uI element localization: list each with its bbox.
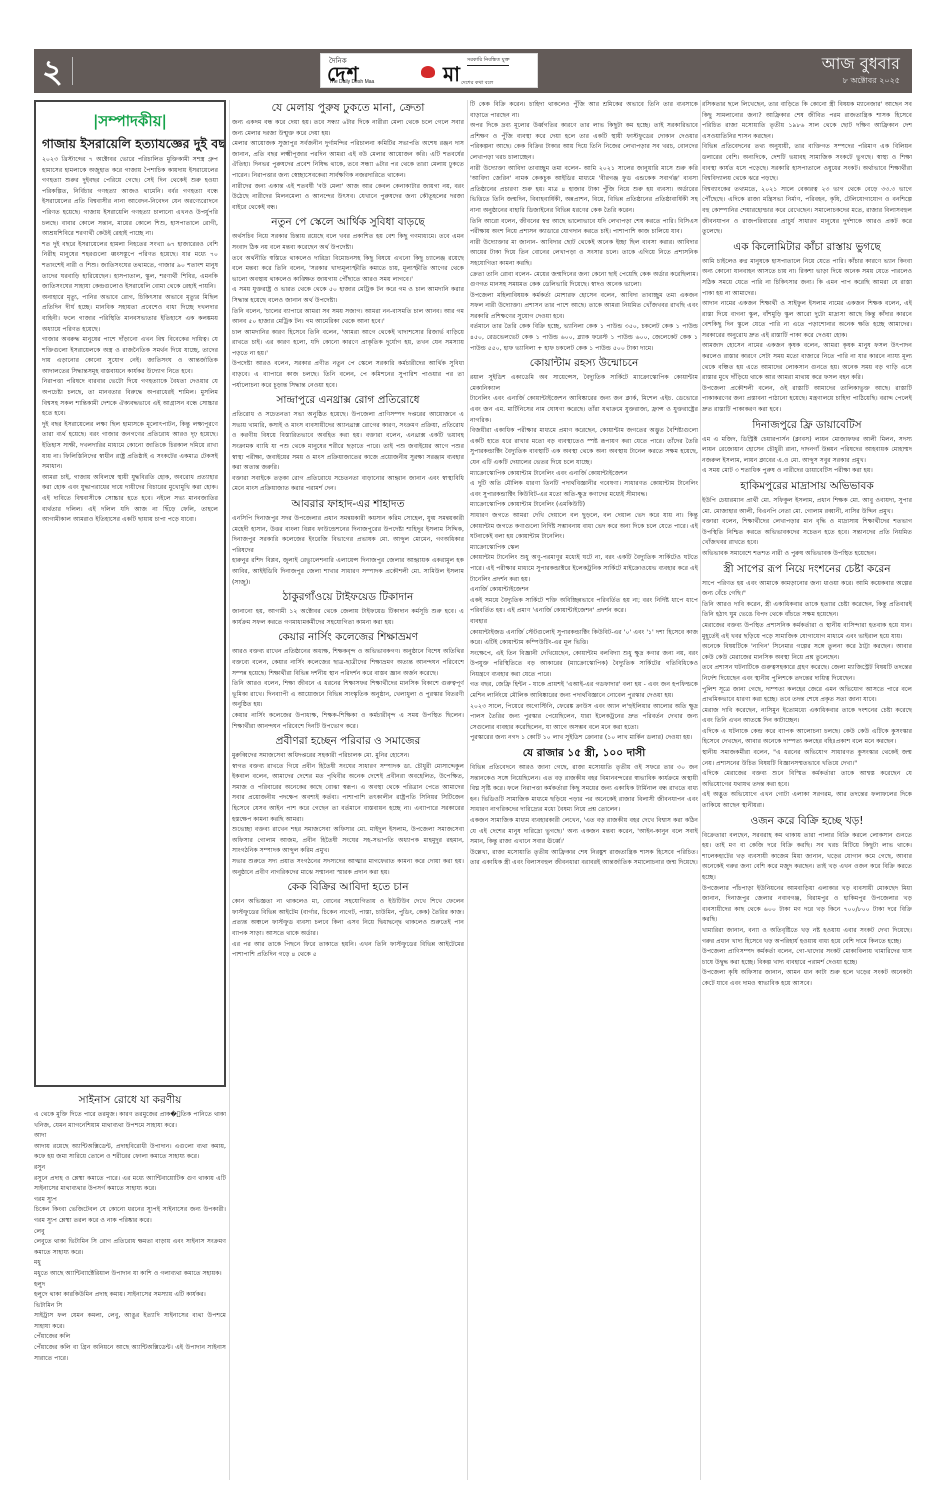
paragraph: রসিকতার ছলে লিখেছেন, তার বাড়িতে কি কোনো… [702, 100, 912, 142]
paragraph: সাপে পরিণত হয় এবং আমাকে কামড়ানোর জন্য … [702, 579, 912, 600]
subheading: মধু [34, 1258, 226, 1269]
paragraph: লেবুতে থাকা ভিটামিন সি রোগ প্রতিরোধ ক্ষম… [34, 1237, 226, 1258]
paragraph: চাল আমদানির কারণ হিসেবে তিনি বলেন, 'আমরা… [232, 328, 464, 360]
divider [72, 57, 73, 85]
subheading: এনার্জি কোয়ান্টাইজেশন [470, 585, 698, 596]
logo-word-1: দেশ [327, 60, 359, 93]
paragraph: এদিকে এ ঘটনাকে কেন্দ্র করে ব্যাপক আলোচনা… [702, 727, 912, 748]
paragraph: কোন অভিজ্ঞতা না থাকলেও মা, বোনের সহযোগিত… [232, 897, 464, 939]
paragraph: উপজেলার পাঁচপাড়া ইউনিয়নের আমবাড়িয়া এ… [702, 884, 912, 926]
paragraph: সাধারণ জগতে আমরা দেখি দেয়ালে বল ছুড়লে,… [470, 511, 698, 543]
logo-emblem-icon [421, 66, 435, 78]
paragraph: বিশ্বব্যাংকের তথ্যমতে, ২০২১ সালে বেকারত্… [702, 185, 912, 238]
paragraph: স্বাগত বক্তব্য রাখতে গিয়ে প্রবীন হিতৈষী… [232, 762, 464, 826]
paragraph: বক্তারা বলেন, শিক্ষার্থীদের লেখাপড়ার মা… [702, 517, 912, 549]
paragraph: আদান নামের একজন শিক্ষার্থী ও সাইফুল ইসলা… [702, 299, 912, 341]
subheading: পেঁয়াজের কলি [34, 1332, 226, 1343]
subheading: ব্যবহার [470, 617, 698, 628]
paragraph: উপদেষ্টা আরও বলেন, সরকার প্রণীত নতুন পে … [232, 359, 464, 391]
paragraph: বিভিন্ন প্রতিবেদনের তথ্য অনুযায়ী, তার ব… [702, 142, 912, 184]
paragraph: এর পর আর তাকে পিছনে ফিরে তাকাতে হয়নি। এ… [232, 940, 464, 961]
paragraph: বক্তারা সবাইকে তড়কা রোগ প্রতিরোধে সচেতন… [232, 474, 464, 495]
column-4: রসিকতার ছলে লিখেছেন, তার বাড়িতে কি কোনো… [702, 100, 912, 1480]
paragraph: তবে অর্থনীতি স্বস্তিতে থাকলেও দারিদ্র্য … [232, 254, 464, 286]
paragraph: এ থেকে মুক্তি দিতে পারে তরমুজ। কারণ তরমু… [34, 1110, 226, 1131]
paragraph: মেরাজ দাবি করেছেন, নাসিমুন ইতোমধ্যে একাধ… [702, 706, 912, 727]
paragraph: কেয়ার নার্সিং কলেজের উপাধ্যক্ষ, শিক্ষক-… [232, 711, 464, 732]
paragraph: রসুনে প্রদাহ ও শ্লেষ্মা কমাতে পারে। এর ম… [34, 1174, 226, 1195]
paragraph: আরও বক্তব্য রাখেন প্রতিষ্ঠানের অধ্যক্ষ, … [232, 647, 464, 679]
paragraph: আদায় রয়েছে অ্যান্টিঅক্সিডেন্ট, প্রদাহব… [34, 1142, 226, 1163]
paragraph: উপজেলা প্রকৌশলী বলেন, ওই রাস্তাটি আমাদের… [702, 384, 912, 416]
logo-english-name: The Daily Desh Maa [329, 79, 374, 85]
paragraph: মেরাজের বক্তব্য উপস্থিত প্রশাসনিক কর্মকর… [702, 621, 912, 642]
article-headline[interactable]: কেয়ার নার্সিং কলেজের শিক্ষাভ্রমণ [232, 630, 464, 645]
subheading: ম্যাক্রোস্কোপিক স্কেল [470, 543, 698, 554]
paragraph: আমরা চাই, গাজায় অবিলম্বে স্থায়ী যুদ্ধব… [42, 473, 218, 526]
paragraph: তিনি আরো বলেন, জীবনের স্বপ্ন আছে ভালোভাব… [470, 217, 698, 238]
paragraph: সংক্ষেপে, এই তিন বিজ্ঞানী দেখিয়েছেন, কো… [470, 649, 698, 681]
paragraph: সাইট্রাস ফল যেমন কমলা, লেবু, আঙুর ইত্যাদ… [34, 1311, 226, 1332]
paragraph: জানানো হয়, আগামী ১২ অক্টোবর থেকে জেলায়… [232, 607, 464, 628]
paragraph: মধুতে আছে অ্যান্টিব্যাক্টেরিয়াল উপাদান … [34, 1269, 226, 1280]
paragraph: সভার শুরুতে সদ্য প্রয়াত সংগঠনের সদস্যদে… [232, 857, 464, 878]
editorial-title[interactable]: গাজায় ইসরায়েলি হত্যাযজ্ঞের দুই বছর [42, 136, 218, 152]
paragraph: আমি চাইলেও রুগ্ন মানুষকে হাসপাতালে নিয়ে… [702, 257, 912, 299]
subheading: রসুন [34, 1163, 226, 1174]
paragraph: অর্থসচিব নিয়ে সরকার চিন্তায় রয়েছে বলে… [232, 232, 464, 253]
editorial-box: |সম্পাদকীয়| গাজায় ইসরায়েলি হত্যাযজ্ঞে… [34, 100, 226, 1087]
paragraph: একই সময়ে বৈদ্যুতিক সার্কিটে শক্তি অবিচ্… [470, 596, 698, 617]
column-divider [229, 100, 230, 1480]
article-headline[interactable]: যে মেলায় পুরুষ ঢুকতে মানা, ক্রেতা [232, 100, 464, 116]
editorial-label: |সম্পাদকীয়| [42, 112, 218, 130]
paragraph: রয়াল সুইডিশ একাডেমি অব সায়েন্সেস, বৈদ্… [470, 373, 698, 394]
paragraph: তিনি আরও দাবি করেন, স্ত্রী একাধিকবার তাক… [702, 600, 912, 621]
paragraph: বর্তমানে তার তৈরি কেক বিক্রি হচ্ছে, ভ্যা… [470, 322, 698, 354]
article-headline[interactable]: প্রবীণরা হচ্ছেন পরিবার ও সমাজের [232, 734, 464, 749]
paragraph: পুরস্কারের জন্য নগদ ১ কোটি ১০ লাখ সুইডিশ… [470, 733, 698, 744]
paragraph: এই অদ্ভুত অভিযোগে এখন গোটা এলাকা সরগরম, … [702, 790, 912, 811]
subheading: হলুদ [34, 1280, 226, 1291]
paragraph: কোয়ান্টাম টানেলিং শুধু অণু-পরমাণুর মধ্য… [470, 553, 698, 585]
paragraph: জন্য একদম বন্ধ করে দেয়া হয়। তবে সন্ধ্য… [232, 118, 464, 139]
article-headline[interactable]: নতুন পে স্কেলে আর্থিক সুবিধা বাড়ছে [232, 215, 464, 230]
paragraph: একজন সামাজিক মাধ্যম ব্যবহারকারী লেখেন, '… [470, 816, 698, 848]
column-3: টি কেক বিক্রি করেন। চাহিদা থাকলেও পুঁজি … [470, 100, 698, 1480]
subheading: ম্যাক্রোস্কোপিক কোয়ান্টাম টানেলিং এবং এ… [470, 469, 698, 480]
column-divider [700, 100, 701, 1480]
paragraph: আমজাদ হোসেন নামের একজন কৃষক বলেন, আমরা ক… [702, 341, 912, 383]
subheading: আদা [34, 1131, 226, 1142]
paragraph: কোয়ান্টাইজড এনার্জি স্টেটগুলোই সুপারকন্… [470, 628, 698, 649]
paragraph: অপর দিকে দ্রব্য মূল্যের উর্ধ্বগতির কারণে… [470, 121, 698, 163]
paragraph: পুলিশ সূত্রে জানা গেছে, দাম্পত্য কলহের জ… [702, 685, 912, 706]
paragraph: চিকেন কিংবা ভেজিটেবল যে কোনো ধরনের স্যুপ… [34, 1205, 226, 1226]
article-headline[interactable]: দিনাজপুরে ফ্রি ডায়াবেটিস [702, 418, 912, 433]
article-headline[interactable]: ওজন করে বিক্রি হচ্ছে খড়! [702, 814, 912, 829]
paragraph: তবে প্রশাসন ঘটনাটিকে গুরুত্বসহকারে গ্রহণ… [702, 663, 912, 684]
subheading: গরম স্যুপ [34, 1195, 226, 1206]
paragraph: এম এ মজিদ, ডিস্ট্রিক্ট চেয়ারপার্সন (ক্ল… [702, 435, 912, 467]
paragraph: এ সময় মোট ৩ শতাধিক পুরুষ ও নারীদের ডায়… [702, 466, 912, 477]
paragraph: অনেকে বিষয়টিকে 'নাগিন' সিনেমার গল্পের স… [702, 642, 912, 663]
paragraph: ২০২৩ সালে, পিয়েরে অগোস্টিনি, ফেরেঙ্ক ক্… [470, 702, 698, 734]
paragraph: পেঁয়াজের কলি বা গ্রিন অনিয়নে আছে অ্যান… [34, 1343, 226, 1364]
column-divider [467, 100, 468, 1480]
subheading: ভিটামিন সি [34, 1301, 226, 1312]
paragraph: এ দুটি অতি মৌলিক ধারণা তিনটি পদার্থবিজ্ঞ… [470, 479, 698, 500]
column-2: যে মেলায় পুরুষ ঢুকতে মানা, ক্রেতা জন্য … [232, 100, 464, 1480]
article-headline[interactable]: সাইনাস রোধে যা করণীয় [34, 1093, 226, 1108]
paragraph: দুই বছর ইসরায়েলের লক্ষ্য ছিল হামাসকে মূ… [42, 420, 218, 473]
paragraph: নারী উদ্যোক্তার মা জানান- আবিদার ছোট থেক… [470, 238, 698, 270]
paragraph: হারুনুর রশিদ বিপ্লব, জুলাই রেভ্যুলেশনারি… [232, 556, 464, 588]
paragraph: খামারিরা জানান, বন্যা ও অতিবৃষ্টিতে খড় … [702, 926, 912, 947]
article-headline[interactable]: আবরার ফাহাদ-এর শাহাদত [232, 497, 464, 512]
column-1: |সম্পাদকীয়| গাজায় ইসরায়েলি হত্যাযজ্ঞে… [34, 100, 226, 1480]
paragraph: নারী উদ্যোক্তা আবিদা তাবাচ্ছুম তমা বলেন-… [470, 164, 698, 217]
paragraph: টি কেক বিক্রি করেন। চাহিদা থাকলেও পুঁজি … [470, 100, 698, 121]
paragraph: উপজেলা প্রাণিসম্পদ কর্মকর্তা বলেন, গো-খা… [702, 947, 912, 968]
paragraph: এদিকে মেরাজের বক্তব্য শুনে বিস্মিত কর্মক… [702, 769, 912, 790]
paragraph: তিনি বলেন, 'চালের ব্যাপারে আমরা সব সময় … [232, 307, 464, 328]
paragraph: হলুদে থাকা কারকিউমিন প্রদাহ কমায়। সাইনা… [34, 1290, 226, 1301]
page-number: ২ [42, 51, 63, 91]
article-headline[interactable]: ঠাকুরগাঁওয়ে টাইফয়েড টিকাদান [232, 590, 464, 605]
paragraph: বিজয়ীরা একাধিক পরীক্ষার মাধ্যমে প্রমাণ … [470, 426, 698, 468]
paragraph: অভিভাবক সমাবেশে শতশত নারী ও পুরুষ অভিভাব… [702, 549, 912, 560]
paragraph: তিনি আরও বলেন, শিক্ষা জীবনে এ ধরনের শিক্… [232, 679, 464, 711]
paragraph: ২০২৩ খ্রিস্টাব্দের ৭ অক্টোবর ভোরে পরিচাল… [42, 155, 218, 240]
day-label: আজ বুধবার [822, 51, 900, 78]
article-headline[interactable]: সান্দ্রাপুরে এনথ্রাক্স রোগ প্রতিরোধে [232, 393, 464, 408]
paragraph: গাজার অবরুদ্ধ মানুষের পাশে দাঁড়ানো এখন … [42, 335, 218, 377]
paragraph: টানেলিং এবং এনার্জি কোয়ান্টাইজেশন আবিষ্… [470, 394, 698, 426]
paragraph: শুভেচ্ছা বক্তব্য রাখেন শহর সমাজসেবা অফিস… [232, 825, 464, 857]
paragraph: ক্রেতা তানি রোবা বলেন- মেয়ের জন্মদিনের … [470, 270, 698, 291]
paragraph: নারীদের জন্য একান্ত এই শতবর্ষী 'বউ মেলা'… [232, 182, 464, 214]
subheading: ম্যাক্রোস্কোপিক কোয়ান্টাম টানেলিং (এমকি… [470, 500, 698, 511]
subheading: লেবু [34, 1227, 226, 1238]
paragraph: এ সময় যুক্তরাষ্ট্র ও ভারত থেকে থেকে ৫০ … [232, 285, 464, 306]
paragraph: উপজেলা কৃষি অফিসার জানান, আমন ধান কাটা শ… [702, 968, 912, 989]
article-headline[interactable]: যে রাজার ১৫ স্ত্রী, ১০০ দাসী [470, 746, 698, 761]
date-label: ৮ অক্টোবর ২০২৫ [843, 75, 900, 88]
paragraph: গত বছর, জেফ্রি হিন্টন - যাকে প্রায়শই 'এ… [470, 680, 698, 701]
paragraph: স্থানীয় সমাজকর্মীরা বলেন, "এ ধরনের অভিয… [702, 748, 912, 769]
paragraph: ইউপি চেয়ারম্যান প্রার্থী মো. সফিকুল ইসল… [702, 496, 912, 517]
paragraph: এনসিপি দিনাজপুর সদর উপজেলার প্রধান সমন্ব… [232, 514, 464, 556]
article-headline[interactable]: স্ত্রী সাপের রূপ নিয়ে দংশনের চেষ্টা করে… [702, 562, 912, 577]
logo-tagline: সরকারি নিবন্ধিত যুক্ত [467, 57, 509, 66]
article-headline[interactable]: কোয়ান্টাম রহস্য উন্মোচনে [470, 356, 698, 371]
article-headline[interactable]: হাকিমপুরের মাদ্রাসায় অভিভাবক [702, 479, 912, 494]
paragraph: বিভিন্ন প্রতিবেদনে আরও জানা গেছে, রাজা ম… [470, 763, 698, 816]
logo-subline: দেশের কথা বলে [461, 80, 493, 88]
logo-word-2: মা [443, 60, 460, 93]
paragraph: শত দুই বছরে ইসরায়েলের হামলা নিহতের সংখ্… [42, 240, 218, 293]
article-headline[interactable]: এক কিলোমিটার কাঁচা রাস্তায় ভুগছে [702, 240, 912, 255]
paragraph: বিক্রেতারা বলছেন, সরবরাহ কম থাকায় তারা … [702, 831, 912, 884]
article-headline[interactable]: কেক বিক্রির আবিদা হতে চান [232, 880, 464, 895]
paragraph: নিরাপত্তা পরিষদে বারবার ভেটো দিয়ে গণহত্… [42, 377, 218, 419]
paragraph: অনাহারে মৃত্যু, পানির অভাবে রোগ, চিকিৎসা… [42, 293, 218, 335]
paragraph: মুরুব্বিদের সমাজসেবা অধিদপ্তরের সহকারী প… [232, 751, 464, 762]
paragraph: প্রতিরোধ ও সচেতনতা সভা অনুষ্ঠিত হয়েছে। … [232, 410, 464, 474]
masthead-bar: ২ দৈনিক দেশ মা সরকারি নিবন্ধিত যুক্ত The… [34, 49, 912, 93]
newspaper-logo[interactable]: দৈনিক দেশ মা সরকারি নিবন্ধিত যুক্ত The D… [320, 53, 538, 88]
paragraph: মেলার আয়োজক সুজাপুর সর্বজনীন দুর্গামন্দ… [232, 139, 464, 181]
paragraph: উপজেলা মহিলাবিষয়ক কর্মকর্তা মোশারফ হোসে… [470, 291, 698, 323]
paragraph: উল্লেখ্য, রাজা মসোয়াতি তৃতীয় আফ্রিকার … [470, 848, 698, 869]
